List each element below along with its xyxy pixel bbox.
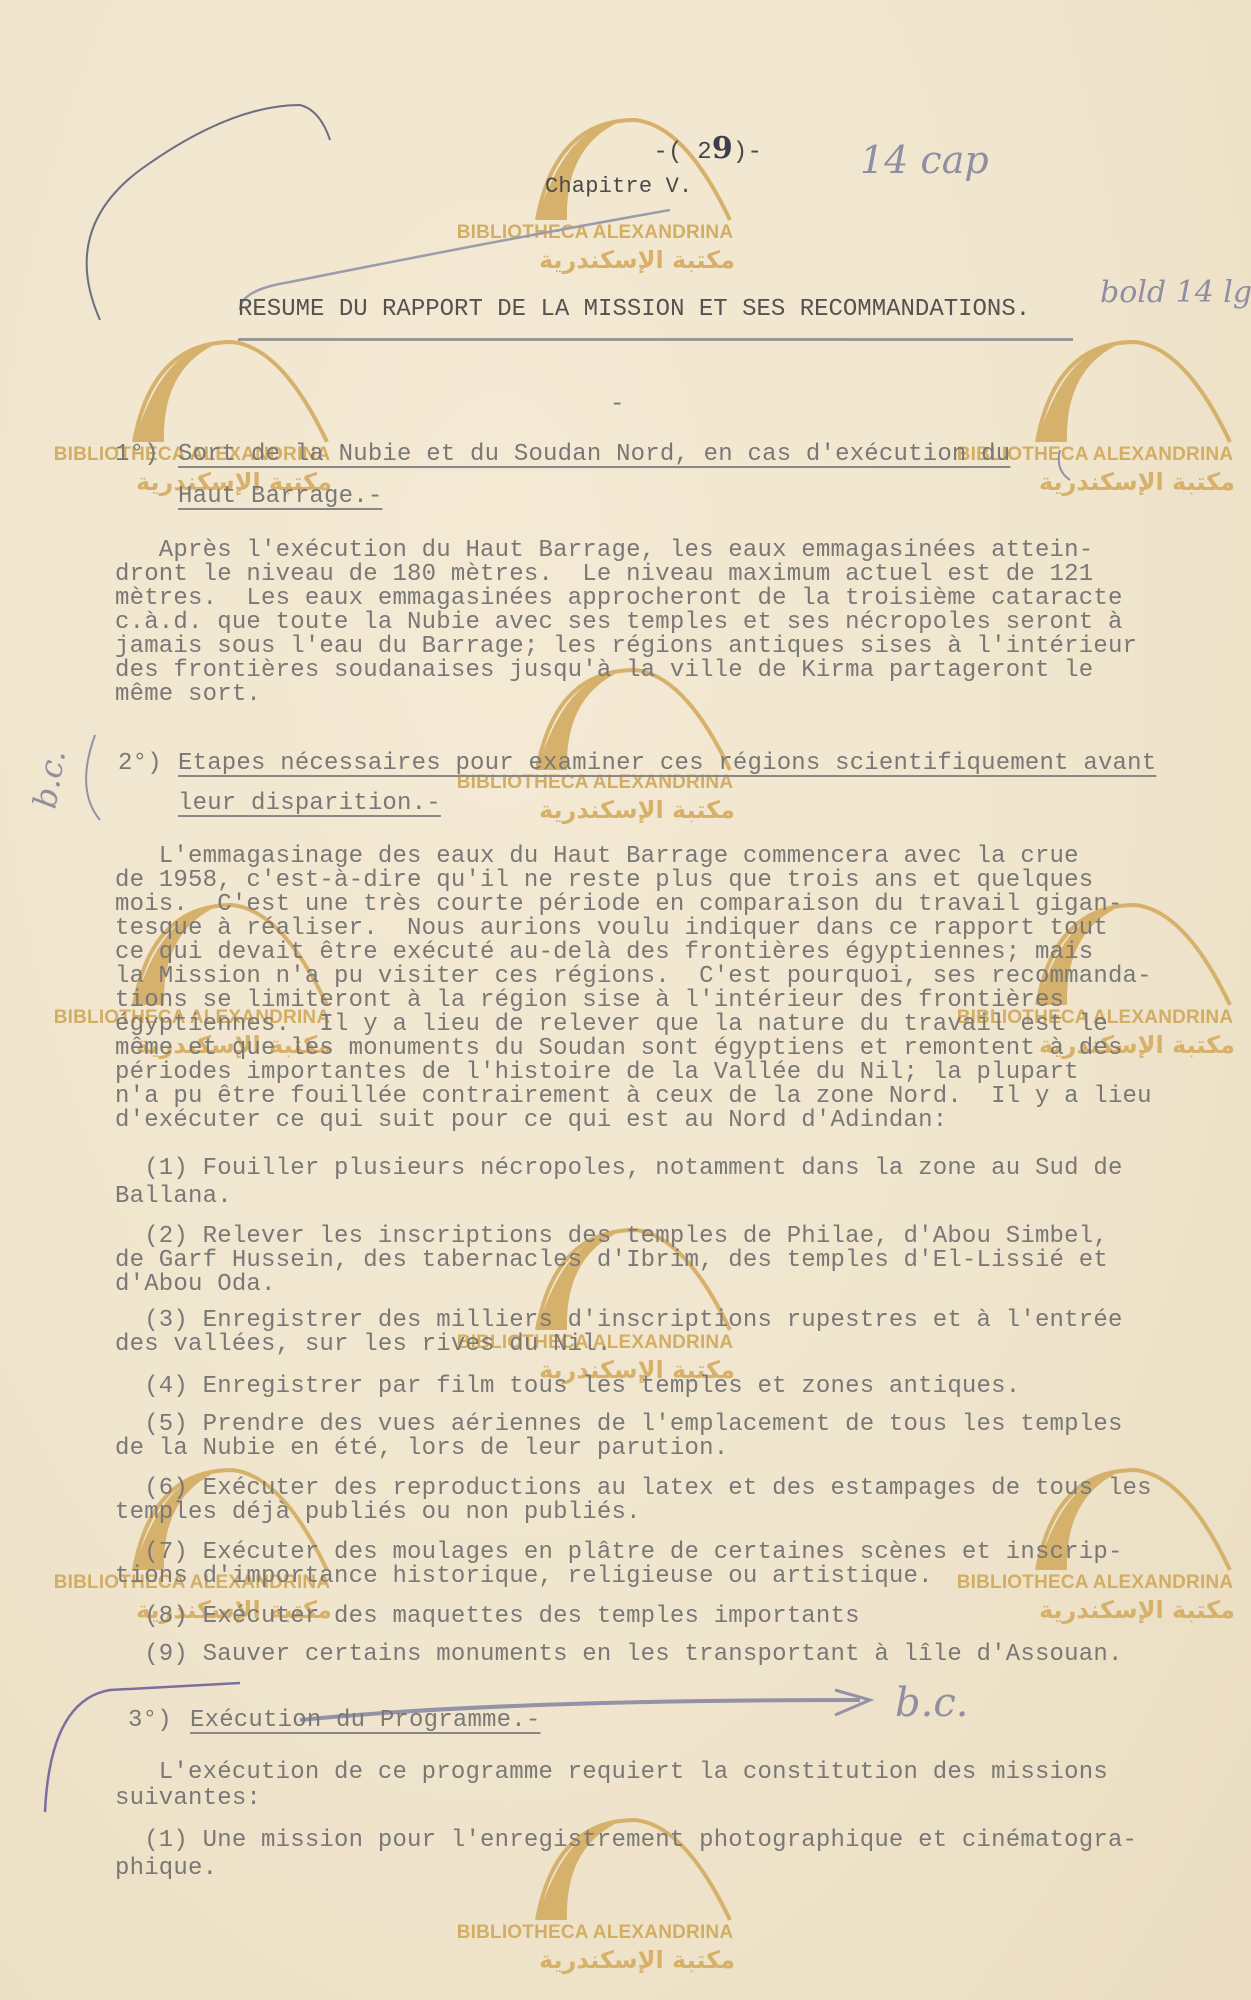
section-number: 3°) xyxy=(128,1702,172,1739)
handwritten-margin-note: b.c. xyxy=(26,747,74,811)
handwritten-chapter-note: 14 cap xyxy=(860,138,989,182)
separator-dash: - xyxy=(610,386,625,423)
list-item-cont: d'Abou Oda. xyxy=(115,1266,276,1303)
paragraph-line: des frontières soudanaises jusqu'à la vi… xyxy=(115,652,1093,689)
section-heading-cont: Haut Barrage.- xyxy=(178,478,382,515)
paragraph-line: suivantes: xyxy=(115,1780,261,1817)
section-heading: Etapes nécessaires pour examiner ces rég… xyxy=(178,745,1156,782)
list-item-cont: des vallées, sur les rives du Nil. xyxy=(115,1326,611,1363)
paragraph-line: d'exécuter ce qui suit pour ce qui est a… xyxy=(115,1102,947,1139)
title-underline xyxy=(238,338,1073,341)
chapter-label: Chapitre V. xyxy=(545,168,692,205)
section-heading: Sort de la Nubie et du Soudan Nord, en c… xyxy=(178,436,1010,473)
page-title: RESUME DU RAPPORT DE LA MISSION ET SES R… xyxy=(238,296,1030,323)
list-item: (1) Une mission pour l'enregistrement ph… xyxy=(115,1822,1137,1859)
section-heading-cont: leur disparition.- xyxy=(178,785,441,822)
paragraph-line: L'exécution de ce programme requiert la … xyxy=(115,1754,1108,1791)
list-item: (9) Sauver certains monuments en les tra… xyxy=(115,1636,1123,1673)
document-page: BIBLIOTHECA ALEXANDRINA مكتبة الإسكندرية… xyxy=(0,0,1251,2000)
arch-logo-icon xyxy=(112,332,332,447)
arch-logo-icon xyxy=(1015,332,1235,447)
paragraph-line: même sort. xyxy=(115,676,261,713)
list-item: (1) Fouiller plusieurs nécropoles, notam… xyxy=(115,1150,1123,1187)
list-item-cont: tions d'importance historique, religieus… xyxy=(115,1558,933,1595)
list-item: (4) Enregistrer par film tous les temple… xyxy=(115,1368,1020,1405)
list-item-cont: de la Nubie en été, lors de leur parutio… xyxy=(115,1430,728,1467)
list-item-cont: temples déjà publiés ou non publiés. xyxy=(115,1494,641,1531)
handwritten-title-note: bold 14 lg xyxy=(1100,275,1251,310)
list-item-cont: Ballana. xyxy=(115,1178,232,1215)
section-number: 2°) xyxy=(118,745,162,782)
list-item: (8) Exécuter des maquettes des temples i… xyxy=(115,1598,860,1635)
list-item-cont: phique. xyxy=(115,1850,217,1887)
handwritten-note-bc: b.c. xyxy=(895,1680,968,1726)
section-number: 1°) xyxy=(115,436,159,473)
section-heading: Exécution du Programme.- xyxy=(190,1702,540,1739)
